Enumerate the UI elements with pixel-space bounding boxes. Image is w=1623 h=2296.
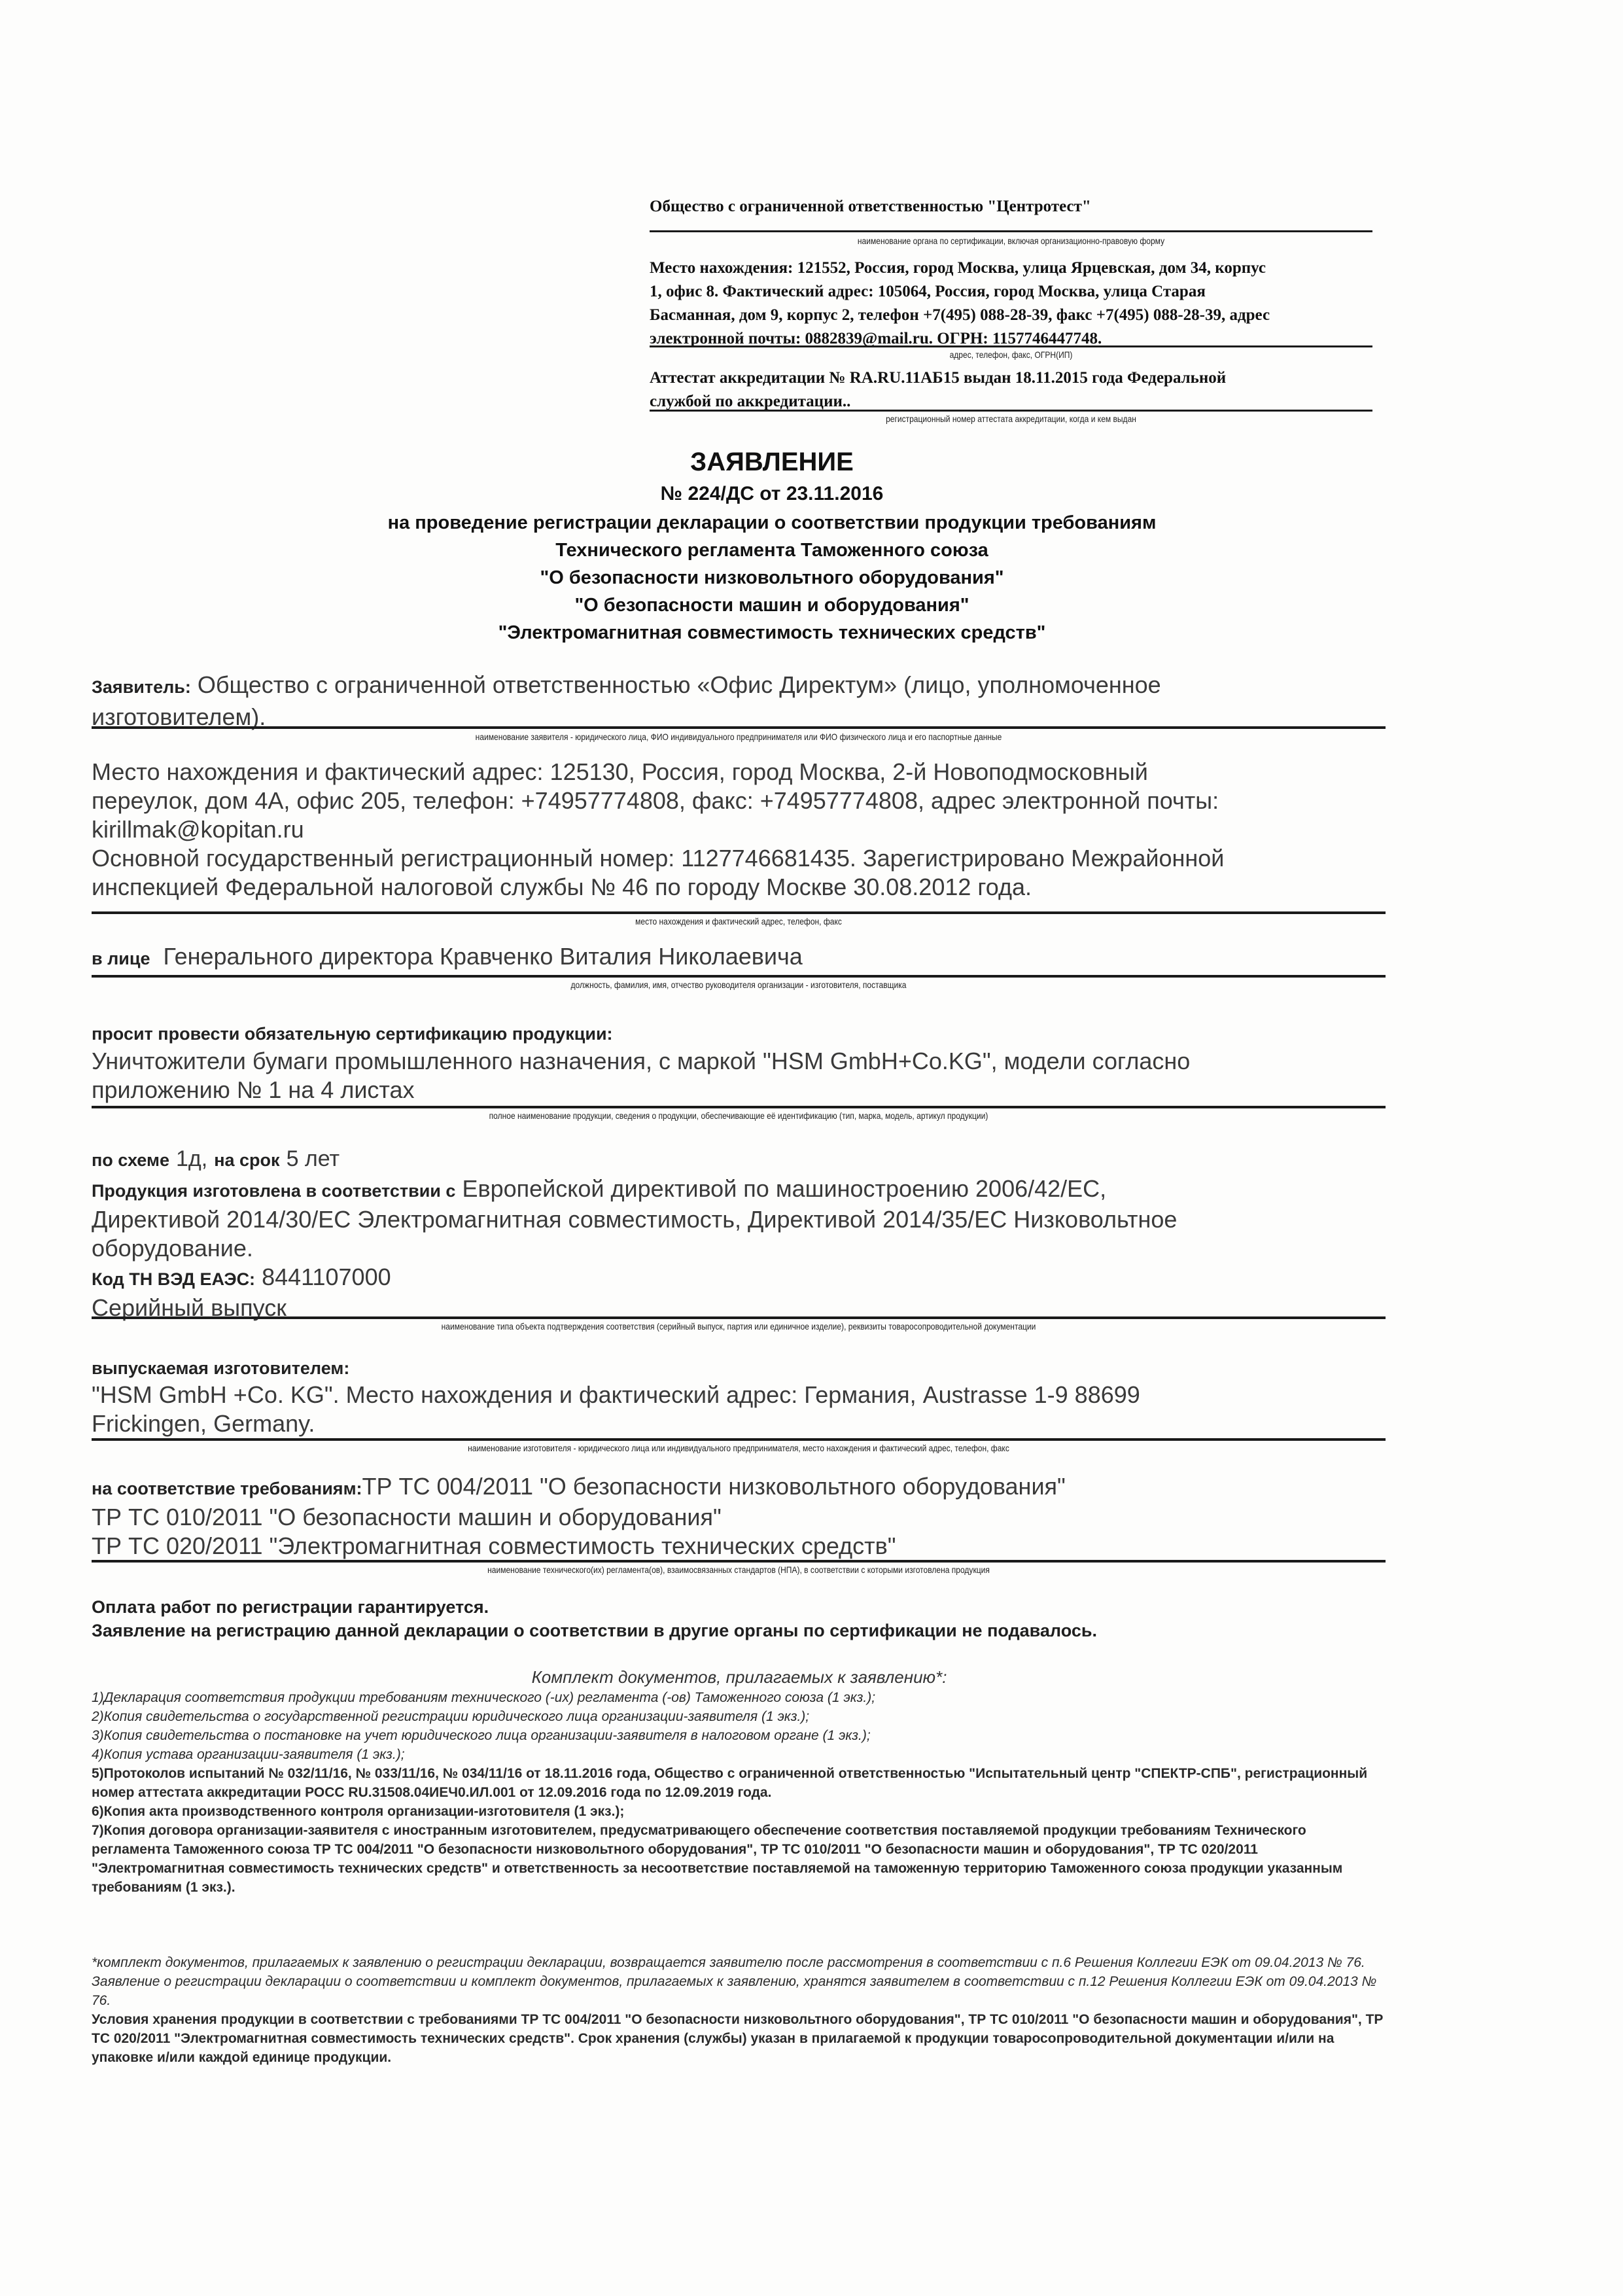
address-line: Место нахождения и фактический адрес: 12… xyxy=(92,758,1387,786)
certification-body-name: Общество с ограниченной ответственностью… xyxy=(650,195,1372,219)
applicant-address: Место нахождения и фактический адрес: 12… xyxy=(92,758,1387,902)
document-subtitle: на проведение регистрации декларации о с… xyxy=(118,509,1426,646)
certification-body-address: Место нахождения: 121552, Россия, город … xyxy=(650,256,1372,351)
conformity-line: оборудование. xyxy=(92,1234,1387,1263)
manufacturer-caption: наименование изготовителя - юридического… xyxy=(182,1443,1295,1453)
statement-no-other-bodies: Заявление на регистрацию данной декларац… xyxy=(92,1619,1387,1642)
document-item: 4)Копия устава организации-заявителя (1 … xyxy=(92,1745,1387,1764)
document-title: ЗАЯВЛЕНИЕ xyxy=(118,447,1426,477)
subtitle-line: "Электромагнитная совместимость техничес… xyxy=(118,619,1426,646)
document-item: 2)Копия свидетельства о государственной … xyxy=(92,1707,1387,1726)
documents-footnote: *комплект документов, прилагаемых к заяв… xyxy=(92,1953,1387,2010)
accreditation-caption: регистрационный номер аттестата аккредит… xyxy=(700,414,1321,424)
product-section: просит провести обязательную сертификаци… xyxy=(92,1021,1387,1104)
divider xyxy=(650,345,1372,347)
requirements-label: на соответствие требованиям: xyxy=(92,1479,362,1498)
representative-value: Генерального директора Кравченко Виталия… xyxy=(163,943,802,970)
conformity-line: Европейской директивой по машиностроению… xyxy=(462,1175,1106,1202)
statement-payment: Оплата работ по регистрации гарантируетс… xyxy=(92,1595,1387,1619)
divider xyxy=(92,1106,1386,1108)
requirement-line: ТР ТС 004/2011 "О безопасности низковоль… xyxy=(362,1473,1066,1500)
address-line: инспекцией Федеральной налоговой службы … xyxy=(92,873,1387,902)
address-line: переулок, дом 4А, офис 205, телефон: +74… xyxy=(92,786,1387,815)
applicant-label: Заявитель: xyxy=(92,677,191,697)
divider xyxy=(92,911,1386,914)
document-item: 7)Копия договора организации-заявителя с… xyxy=(92,1821,1387,1897)
manufacturer-section: выпускаемая изготовителем: "HSM GmbH +Co… xyxy=(92,1356,1387,1438)
divider xyxy=(92,1438,1386,1441)
manufacturer-line: "HSM GmbH +Co. KG". Место нахождения и ф… xyxy=(92,1381,1387,1409)
subtitle-line: "О безопасности машин и оборудования" xyxy=(118,592,1426,619)
document-item: 6)Копия акта производственного контроля … xyxy=(92,1802,1387,1821)
scheme-section: по схеме 1д, на срок 5 лет Продукция изг… xyxy=(92,1144,1387,1322)
address-line: 1, офис 8. Фактический адрес: 105064, Ро… xyxy=(650,280,1372,304)
scheme-caption: наименование типа объекта подтверждения … xyxy=(182,1321,1295,1332)
manufacturer-line: Frickingen, Germany. xyxy=(92,1409,1387,1438)
requirements-caption: наименование технического(их) регламента… xyxy=(182,1564,1295,1575)
address-caption: место нахождения и фактический адрес, те… xyxy=(182,916,1295,927)
conformity-label: Продукция изготовлена в соответствии с xyxy=(92,1181,455,1201)
requirement-line: ТР ТС 020/2011 "Электромагнитная совмест… xyxy=(92,1532,1387,1561)
scheme-value: 1д, xyxy=(176,1146,207,1171)
product-label: просит провести обязательную сертификаци… xyxy=(92,1021,1387,1047)
document-item: 3)Копия свидетельства о постановке на уч… xyxy=(92,1726,1387,1745)
certification-body-name-caption: наименование органа по сертификации, вкл… xyxy=(700,236,1321,246)
documents-heading: Комплект документов, прилагаемых к заявл… xyxy=(92,1667,1387,1687)
term-value: 5 лет xyxy=(287,1146,340,1171)
divider xyxy=(92,1316,1386,1319)
accreditation-line: Аттестат аккредитации № RA.RU.11АБ15 выд… xyxy=(650,366,1372,390)
document-item: 1)Декларация соответствия продукции треб… xyxy=(92,1688,1387,1707)
scheme-label: по схеме xyxy=(92,1150,169,1170)
address-line: Басманная, дом 9, корпус 2, телефон +7(4… xyxy=(650,304,1372,327)
representative-caption: должность, фамилия, имя, отчество руково… xyxy=(182,980,1295,990)
product-line: Уничтожители бумаги промышленного назнач… xyxy=(92,1047,1387,1076)
documents-list-bold: 5)Протоколов испытаний № 032/11/16, № 03… xyxy=(92,1764,1387,1897)
tnved-label: Код ТН ВЭД ЕАЭС: xyxy=(92,1269,255,1289)
divider xyxy=(92,1560,1386,1563)
tnved-value: 8441107000 xyxy=(262,1263,391,1290)
product-caption: полное наименование продукции, сведения … xyxy=(182,1110,1295,1121)
divider xyxy=(92,975,1386,978)
conformity-line: Директивой 2014/30/ЕС Электромагнитная с… xyxy=(92,1205,1387,1234)
representative-section: в лице Генерального директора Кравченко … xyxy=(92,942,1387,973)
requirements-section: на соответствие требованиям:ТР ТС 004/20… xyxy=(92,1472,1387,1561)
representative-label: в лице xyxy=(92,949,150,968)
accreditation-info: Аттестат аккредитации № RA.RU.11АБ15 выд… xyxy=(650,366,1372,414)
manufacturer-label: выпускаемая изготовителем: xyxy=(92,1356,1387,1381)
term-label: на срок xyxy=(214,1150,279,1170)
document-item: 5)Протоколов испытаний № 032/11/16, № 03… xyxy=(92,1764,1387,1802)
document-number: № 224/ДС от 23.11.2016 xyxy=(118,482,1426,506)
address-line: Основной государственный регистрационный… xyxy=(92,844,1387,873)
subtitle-line: "О безопасности низковольтного оборудова… xyxy=(118,564,1426,592)
applicant-value: Общество с ограниченной ответственностью… xyxy=(198,671,1161,698)
divider xyxy=(92,726,1386,729)
product-line: приложению № 1 на 4 листах xyxy=(92,1076,1387,1104)
divider xyxy=(650,410,1372,412)
applicant-section: Заявитель: Общество с ограниченной ответ… xyxy=(92,670,1387,732)
subtitle-line: на проведение регистрации декларации о с… xyxy=(118,509,1426,537)
requirement-line: ТР ТС 010/2011 "О безопасности машин и о… xyxy=(92,1503,1387,1532)
documents-list-italic: 1)Декларация соответствия продукции треб… xyxy=(92,1688,1387,1764)
address-line: Место нахождения: 121552, Россия, город … xyxy=(650,256,1372,280)
address-email: kirillmak@kopitan.ru xyxy=(92,815,1387,844)
certification-body-address-caption: адрес, телефон, факс, ОГРН(ИП) xyxy=(700,349,1321,360)
statements: Оплата работ по регистрации гарантируетс… xyxy=(92,1595,1387,1642)
applicant-caption: наименование заявителя - юридического ли… xyxy=(182,732,1295,742)
storage-conditions: Условия хранения продукции в соответстви… xyxy=(92,2010,1387,2067)
divider xyxy=(650,230,1372,232)
subtitle-line: Технического регламента Таможенного союз… xyxy=(118,537,1426,564)
